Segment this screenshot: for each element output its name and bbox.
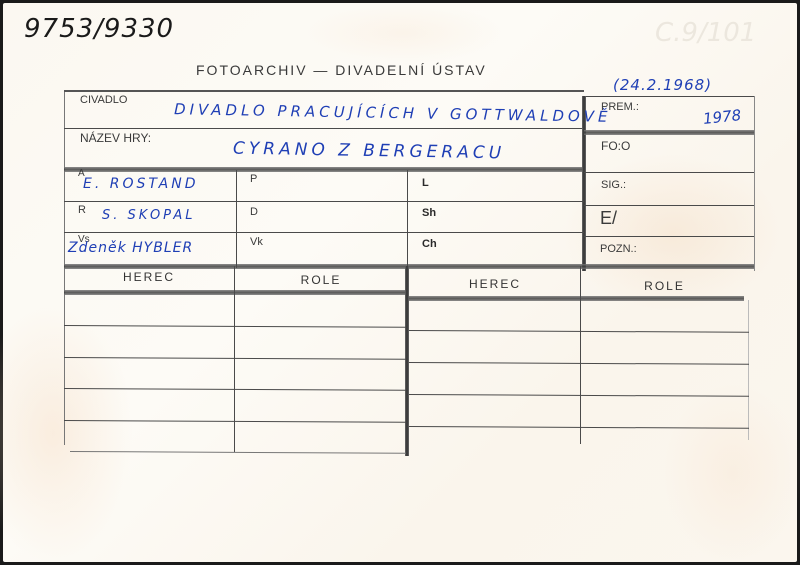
cell-herec[interactable]	[410, 300, 580, 330]
value-foto[interactable]	[660, 139, 750, 167]
table-row	[64, 422, 749, 450]
grid-right-border	[754, 96, 755, 271]
cell-role[interactable]	[582, 427, 747, 447]
value-ch[interactable]	[445, 235, 575, 261]
cell-herec[interactable]	[410, 395, 580, 425]
label-p: P	[250, 173, 257, 185]
cell-role[interactable]	[236, 327, 406, 357]
grid-line	[584, 205, 754, 206]
value-sig[interactable]	[650, 177, 750, 201]
label-vk: Vk	[250, 236, 263, 248]
value-d[interactable]	[270, 204, 400, 230]
cell-role[interactable]	[236, 422, 406, 450]
grid-line	[584, 172, 754, 173]
table-row	[64, 295, 749, 325]
card-header-title: FOTOARCHIV — DIVADELNÍ ÚSTAV	[196, 62, 487, 78]
cell-role[interactable]	[582, 332, 747, 362]
cell-role[interactable]	[236, 390, 406, 420]
label-foto: FO:O	[601, 139, 630, 153]
cell-role[interactable]	[236, 359, 406, 389]
column-header-role-2: ROLE	[582, 279, 747, 293]
label-r: R	[78, 204, 86, 216]
cell-role[interactable]	[236, 295, 406, 325]
label-d: D	[250, 206, 258, 218]
label-sh: Sh	[422, 207, 436, 219]
date-note: (24.2.1968)	[613, 76, 712, 94]
value-pozn[interactable]	[650, 240, 750, 262]
cell-herec[interactable]	[64, 295, 234, 325]
value-sh[interactable]	[445, 204, 575, 230]
pencil-note: C.9/101	[655, 18, 756, 48]
label-divadlo: CIVADLO	[80, 94, 127, 106]
cell-herec[interactable]	[410, 332, 580, 362]
grid-line	[64, 201, 584, 202]
cell-herec[interactable]	[64, 422, 234, 450]
cell-role[interactable]	[582, 300, 747, 330]
grid-line	[584, 236, 754, 237]
value-p[interactable]	[270, 172, 400, 198]
grid-line	[64, 128, 584, 129]
table-row	[64, 327, 749, 357]
cell-herec[interactable]	[64, 327, 234, 357]
value-e[interactable]	[630, 208, 750, 232]
grid-top-line-right	[584, 96, 754, 97]
value-r[interactable]: S. SKOPAL	[102, 208, 196, 223]
table-row	[64, 359, 749, 389]
label-ch: Ch	[422, 238, 437, 250]
archive-number: 9753/9330	[24, 14, 174, 44]
label-l: L	[422, 177, 429, 189]
grid-line	[64, 232, 584, 233]
value-a[interactable]: E. ROSTAND	[83, 176, 198, 192]
grid-thick-line	[584, 130, 754, 135]
value-l[interactable]	[440, 172, 575, 198]
value-vs[interactable]: Zdeněk HYBLER	[68, 240, 193, 256]
grid-thick-line	[64, 264, 754, 269]
cell-herec[interactable]	[64, 390, 234, 420]
cell-role[interactable]	[582, 395, 747, 425]
table-row	[64, 390, 749, 420]
cell-herec[interactable]	[64, 359, 234, 389]
label-pozn: POZN.:	[600, 243, 637, 255]
label-nazev-hry: NÁZEV HRY:	[80, 131, 151, 145]
grid-line	[407, 170, 408, 268]
grid-top-line	[64, 90, 584, 92]
column-header-herec-2: HEREC	[410, 277, 580, 291]
label-e: E/	[600, 208, 617, 229]
label-prem: PREM.:	[601, 101, 639, 113]
cell-herec[interactable]	[410, 427, 580, 447]
value-vk[interactable]	[275, 235, 400, 261]
column-header-role-1: ROLE	[236, 273, 406, 287]
label-sig: SIG.:	[601, 179, 626, 191]
grid-line	[236, 170, 237, 268]
column-header-herec-1: HEREC	[64, 270, 234, 284]
